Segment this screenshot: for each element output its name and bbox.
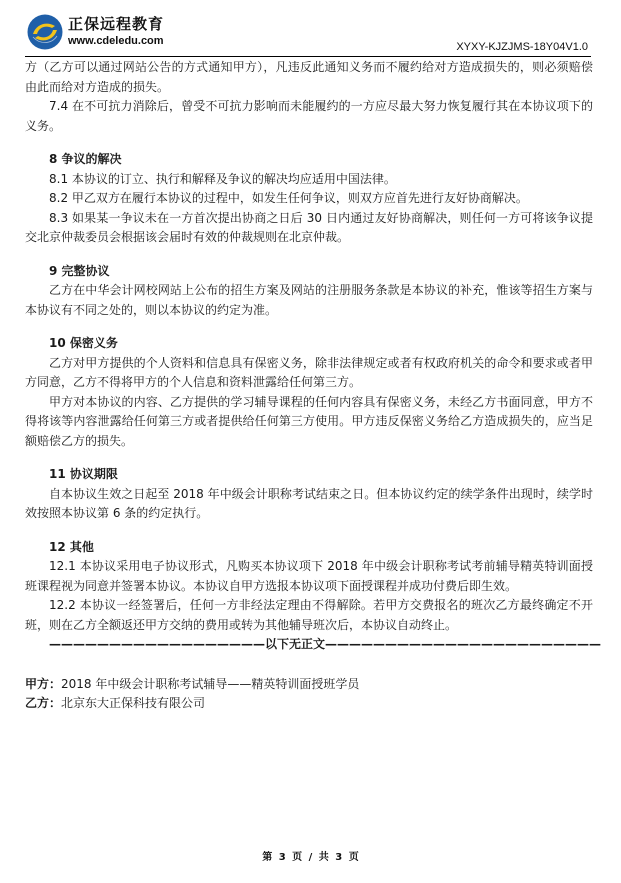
clause-8-3: 8.3 如果某一争议未在一方首次提出协商之日后 30 日内通过友好协商解决，则任…: [25, 209, 593, 248]
brand-url: www.cdeledu.com: [68, 35, 164, 47]
clause-9-body: 乙方在中华会计网校网站上公布的招生方案及网站的注册服务条款是本协议的补充，惟该等…: [25, 281, 593, 320]
cdel-logo-icon: [27, 14, 63, 50]
document-code: XYXY-KJZJMS-18Y04V1.0: [456, 41, 588, 53]
party-a-line: 甲方：2018 年中级会计职称考试辅导——精英特训面授班学员: [25, 675, 593, 695]
party-b-value: 北京东大正保科技有限公司: [61, 696, 205, 710]
party-a-value: 2018 年中级会计职称考试辅导——精英特训面授班学员: [61, 677, 359, 691]
clause-10-para-2: 甲方对本协议的内容、乙方提供的学习辅导课程的任何内容具有保密义务，未经乙方书面同…: [25, 393, 593, 452]
party-a-label: 甲方：: [25, 677, 61, 691]
section-heading-8: 8 争议的解决: [25, 150, 593, 170]
party-b-label: 乙方：: [25, 696, 61, 710]
document-body: 方（乙方可以通过网站公告的方式通知甲方），凡违反此通知义务而不履约给对方造成损失…: [25, 58, 593, 714]
clause-11-body: 自本协议生效之日起至 2018 年中级会计职称考试结束之日。但本协议约定的续学条…: [25, 485, 593, 524]
section-heading-11: 11 协议期限: [25, 465, 593, 485]
brand-name: 正保远程教育: [68, 16, 164, 33]
continuation-paragraph: 方（乙方可以通过网站公告的方式通知甲方），凡违反此通知义务而不履约给对方造成损失…: [25, 58, 593, 97]
clause-7-4: 7.4 在不可抗力消除后，曾受不可抗力影响而未能履约的一方应尽最大努力恢复履行其…: [25, 97, 593, 136]
party-b-line: 乙方：北京东大正保科技有限公司: [25, 694, 593, 714]
section-heading-12: 12 其他: [25, 538, 593, 558]
header-rule: [25, 56, 591, 57]
page-header: 正保远程教育 www.cdeledu.com XYXY-KJZJMS-18Y04…: [0, 0, 621, 58]
section-heading-9: 9 完整协议: [25, 262, 593, 282]
end-of-text-marker: ——————————————————以下无正文—————————————————…: [25, 635, 593, 655]
clause-12-2: 12.2 本协议一经签署后，任何一方非经法定理由不得解除。若甲方交费报名的班次乙…: [25, 596, 593, 635]
clause-8-1: 8.1 本协议的订立、执行和解释及争议的解决均应适用中国法律。: [25, 170, 593, 190]
section-heading-10: 10 保密义务: [25, 334, 593, 354]
page-indicator: 第 3 页 / 共 3 页: [0, 848, 621, 863]
clause-10-para-1: 乙方对甲方提供的个人资料和信息具有保密义务，除非法律规定或者有权政府机关的命令和…: [25, 354, 593, 393]
clause-12-1: 12.1 本协议采用电子协议形式，凡购买本协议项下 2018 年中级会计职称考试…: [25, 557, 593, 596]
clause-8-2: 8.2 甲乙双方在履行本协议的过程中，如发生任何争议，则双方应首先进行友好协商解…: [25, 189, 593, 209]
